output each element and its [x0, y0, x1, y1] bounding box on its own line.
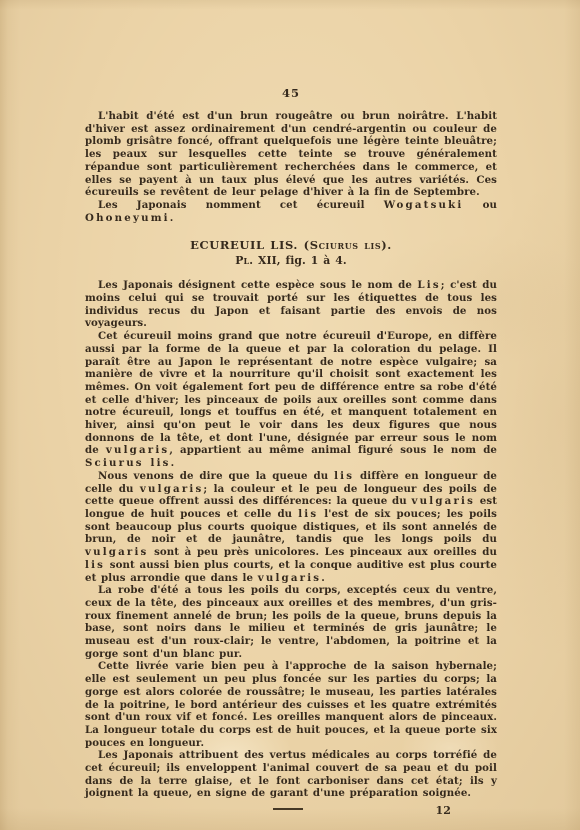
text-run: Les Japonais attribuent des vertus médic…: [85, 749, 497, 799]
paragraph-designation-lis: Les Japonais désignent cette espèce sous…: [85, 279, 497, 330]
spaced-species-name: lis: [298, 508, 318, 520]
spaced-species-name: vulgaris: [412, 495, 476, 507]
spaced-species-name: lis: [334, 470, 354, 482]
paragraph-noms-japonais: Les Japonais nomment cet écureuil Wogats…: [85, 199, 497, 224]
spaced-species-name: vulgaris: [258, 572, 322, 584]
end-rule-divider: [273, 808, 303, 810]
scanned-book-page: 45 L'habit d'été est d'un brun rougeâtre…: [0, 0, 580, 830]
text-run: .: [321, 572, 325, 584]
text-run: Cet écureuil moins grand que notre écure…: [85, 330, 497, 456]
text-run: , appartient au même animal figuré sous …: [169, 444, 497, 456]
spaced-species-name: vulgaris: [106, 444, 170, 456]
text-run: ).: [381, 238, 392, 252]
paragraph-comparaison-europe: Cet écureuil moins grand que notre écure…: [85, 330, 497, 470]
spaced-species-name: Ohoneyumi: [85, 212, 170, 224]
text-column: L'habit d'été est d'un brun rougeâtre ou…: [85, 110, 497, 824]
spaced-species-name: Lis: [417, 279, 440, 291]
text-run: Cette livrée varie bien peu à l'approche…: [85, 660, 497, 748]
paragraph-livree-hybernale: Cette livrée varie bien peu à l'approche…: [85, 660, 497, 749]
spaced-species-name: lis: [85, 559, 105, 571]
paragraph-habit-ete: L'habit d'été est d'un brun rougeâtre ou…: [85, 110, 497, 199]
text-run: .: [171, 457, 175, 469]
small-caps-text: Pl.: [235, 254, 253, 267]
text-run: La robe d'été a tous les poils du corps,…: [85, 584, 497, 660]
section-heading-plate: Pl. XII, fig. 1 à 4.: [85, 253, 497, 268]
spaced-species-name: vulgaris: [140, 483, 204, 495]
text-run: XII, fig. 1 à 4.: [253, 254, 347, 267]
text-run: Les Japonais désignent cette espèce sous…: [98, 279, 417, 291]
text-run: Nous venons de dire que la queue du: [98, 470, 334, 482]
page-number: 45: [85, 86, 497, 100]
paragraph-queue-differences: Nous venons de dire que la queue du lis …: [85, 470, 497, 584]
small-caps-text: Sciurus lis: [310, 238, 382, 252]
text-run: L'habit d'été est d'un brun rougeâtre ou…: [85, 110, 497, 198]
paragraph-robe-ete: La robe d'été a tous les poils du corps,…: [85, 584, 497, 660]
spaced-species-name: vulgaris: [85, 546, 149, 558]
text-run: Les Japonais nomment cet écureuil: [98, 199, 384, 211]
end-of-section-row: 12: [85, 802, 497, 824]
text-run: .: [170, 212, 174, 224]
printer-signature-number: 12: [435, 805, 451, 818]
text-run: ou: [463, 199, 497, 211]
text-run: ECUREUIL LIS. (: [190, 238, 310, 252]
spaced-species-name: Wogatsuki: [384, 199, 464, 211]
paragraph-vertus-medicales: Les Japonais attribuent des vertus médic…: [85, 749, 497, 800]
text-run: sont à peu près unicolores. Les pinceaux…: [149, 546, 498, 558]
spaced-species-name: Sciurus lis: [85, 457, 171, 469]
section-heading-species: ECUREUIL LIS. (Sciurus lis).: [85, 238, 497, 253]
